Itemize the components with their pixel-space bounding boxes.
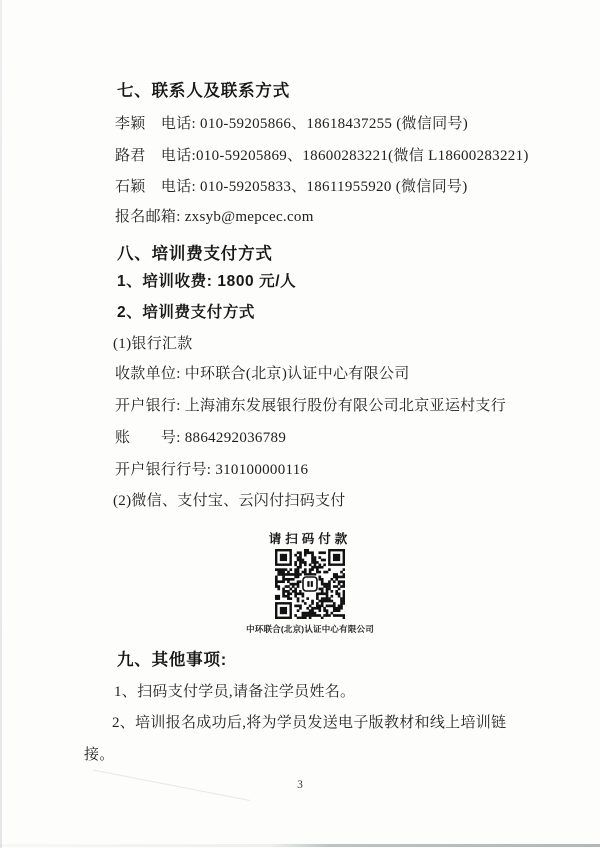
- bank-code-line: 开户银行行号: 310100000116: [115, 461, 308, 480]
- section-7-heading: 七、联系人及联系方式: [117, 81, 290, 102]
- contact-line-liying: 李颖 电话: 010-59205866、18618437255 (微信同号): [115, 115, 468, 134]
- other-item-1: 1、扫码支付学员,请备注学员姓名。: [114, 683, 355, 702]
- registration-email-line: 报名邮箱: zxsyb@mepcec.com: [115, 208, 314, 227]
- other-item-2-continuation: 接。: [84, 746, 115, 765]
- scan-pay-label: (2)微信、支付宝、云闪付扫码支付: [113, 492, 346, 511]
- qr-pay-title: 请扫码付款: [110, 529, 510, 547]
- payee-line: 收款单位: 中环联合(北京)认证中心有限公司: [115, 365, 410, 384]
- other-item-2-line-1: 2、培训报名成功后,将为学员发送电子版教材和线上培训链: [112, 714, 506, 733]
- qr-caption: 中环联合(北京)认证中心有限公司: [110, 623, 510, 635]
- account-number-line: 账 号: 8864292036789: [115, 429, 286, 448]
- training-fee-line: 1、培训收费: 1800 元/人: [117, 272, 296, 291]
- contact-line-shiying: 石颖 电话: 010-59205833、18611955920 (微信同号): [115, 178, 468, 197]
- scan-edge-artifact: [0, 0, 2, 848]
- qr-code: [275, 549, 345, 619]
- document-page: 七、联系人及联系方式 李颖 电话: 010-59205866、186184372…: [0, 0, 600, 848]
- section-8-heading: 八、培训费支付方式: [117, 244, 273, 265]
- scan-bottom-artifact: [0, 844, 600, 847]
- section-9-heading: 九、其他事项:: [117, 650, 227, 671]
- bank-name-line: 开户银行: 上海浦东发展银行股份有限公司北京亚运村支行: [115, 397, 506, 416]
- page-number: 3: [0, 779, 600, 791]
- payment-method-line: 2、培训费支付方式: [117, 303, 255, 322]
- bank-transfer-label: (1)银行汇款: [113, 335, 193, 354]
- contact-line-lujun: 路君 电话:010-59205869、18600283221(微信 L18600…: [115, 147, 529, 166]
